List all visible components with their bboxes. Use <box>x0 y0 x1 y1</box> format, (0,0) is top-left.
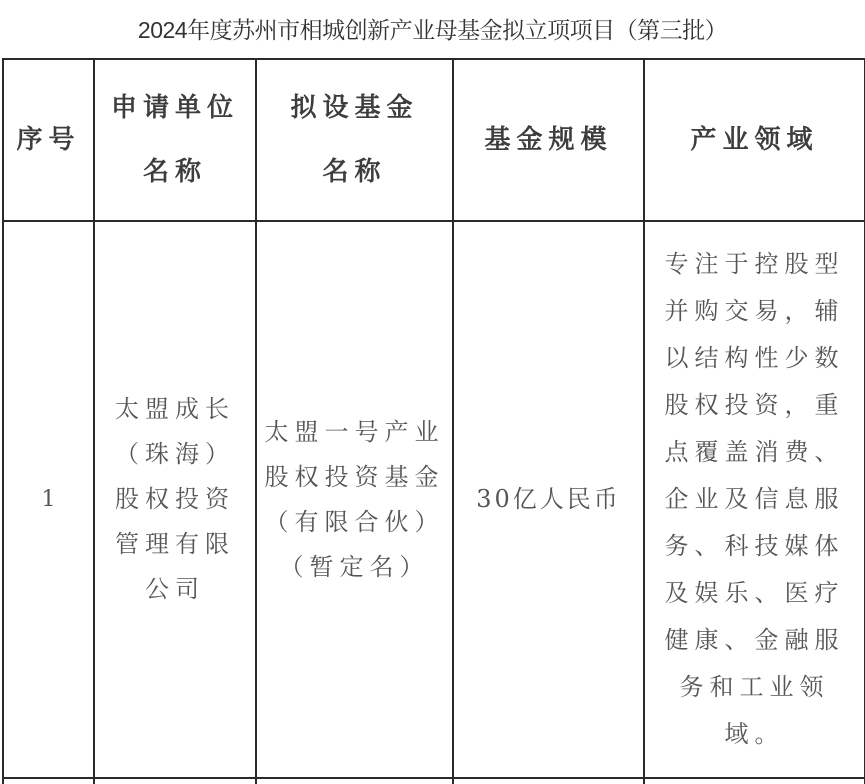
header-index: 序号 <box>3 59 94 221</box>
header-applicant: 申请单位 名称 <box>94 59 256 221</box>
cell-index: 1 <box>3 221 94 778</box>
header-industry: 产业领域 <box>644 59 865 221</box>
cell-fund-size: 30亿人民币 <box>453 221 644 778</box>
table-row-next-partial <box>3 778 865 784</box>
cell-industry: 专注于控股型 并购交易，辅 以结构性少数 股权投资，重 点覆盖消费、 企业及信息… <box>644 221 865 778</box>
cell-fund-name: 太盟一号产业 股权投资基金 （有限合伙） （暂定名） <box>256 221 453 778</box>
cell-applicant: 太盟成长 （珠海） 股权投资 管理有限 公司 <box>94 221 256 778</box>
project-table: 序号 申请单位 名称 拟设基金 名称 基金规模 产业领域 1 太盟成长 （珠海）… <box>2 58 865 784</box>
table-header-row: 序号 申请单位 名称 拟设基金 名称 基金规模 产业领域 <box>3 59 865 221</box>
header-fund-size: 基金规模 <box>453 59 644 221</box>
table-row: 1 太盟成长 （珠海） 股权投资 管理有限 公司 太盟一号产业 股权投资基金 （… <box>3 221 865 778</box>
document-title: 2024年度苏州市相城创新产业母基金拟立项项目（第三批） <box>0 12 865 45</box>
header-fund-name: 拟设基金 名称 <box>256 59 453 221</box>
